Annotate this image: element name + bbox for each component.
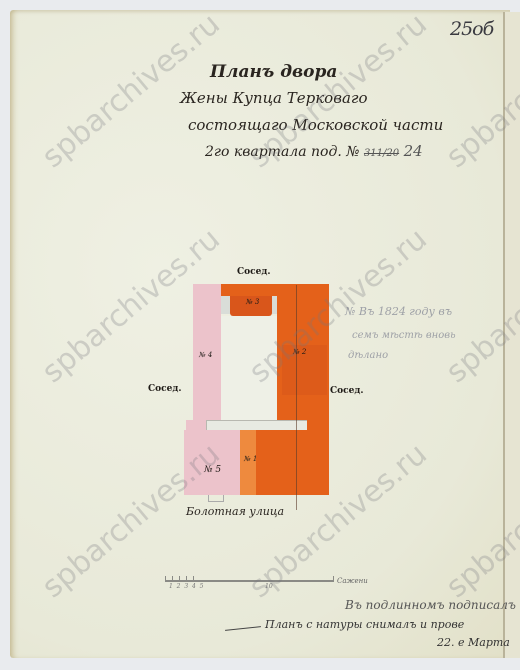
label-building-4: № 4 bbox=[199, 351, 212, 359]
plan-quarter-line: 2го квартала под. № 311/20 24 bbox=[205, 142, 423, 160]
label-building-1: № 1 bbox=[244, 455, 257, 463]
scale-tick-1: 1 bbox=[169, 583, 173, 590]
light-wall-left bbox=[221, 296, 230, 314]
scale-tick bbox=[165, 576, 166, 582]
label-left-neighbor: Сосед. bbox=[148, 384, 182, 394]
folio-number: 25об bbox=[450, 18, 493, 40]
margin-note-line-2: семъ мѣстѣ вновь bbox=[352, 330, 456, 341]
street-name: Болотная улица bbox=[186, 505, 284, 518]
scale-tick-4: 4 bbox=[192, 583, 196, 590]
scale-unit-label: Сажени bbox=[337, 577, 368, 585]
scale-tick-5: 5 bbox=[200, 583, 204, 590]
signature-date: 22. е Марта bbox=[437, 636, 510, 649]
signature-line-1: Въ подлинномъ подписалъ bbox=[345, 598, 516, 612]
building-4-lower bbox=[186, 420, 206, 432]
lot-number-struck: 311/20 bbox=[364, 148, 399, 159]
label-building-3: № 3 bbox=[246, 298, 259, 306]
label-top-neighbor: Сосед. bbox=[237, 267, 271, 277]
margin-note-line-3: дѣлано bbox=[348, 350, 388, 361]
building-2-lower bbox=[307, 420, 329, 495]
lot-number-corrected: 24 bbox=[404, 142, 423, 160]
gate-left bbox=[208, 495, 224, 502]
scale-tick bbox=[172, 576, 173, 582]
scale-tick-2: 2 bbox=[177, 583, 181, 590]
scale-tick bbox=[193, 576, 194, 582]
scale-tick bbox=[179, 576, 180, 582]
scale-labels: 1 2 3 4 5 bbox=[169, 583, 203, 590]
scale-tick bbox=[186, 576, 187, 582]
scale-tick bbox=[333, 576, 334, 582]
signature-line-2: Планъ с натуры снималъ и прове bbox=[265, 618, 464, 631]
scale-tick-3: 3 bbox=[184, 583, 188, 590]
building-3-orange-top bbox=[221, 284, 277, 296]
plan-title: Планъ двора bbox=[210, 62, 337, 82]
label-right-neighbor: Сосед. bbox=[330, 386, 364, 396]
